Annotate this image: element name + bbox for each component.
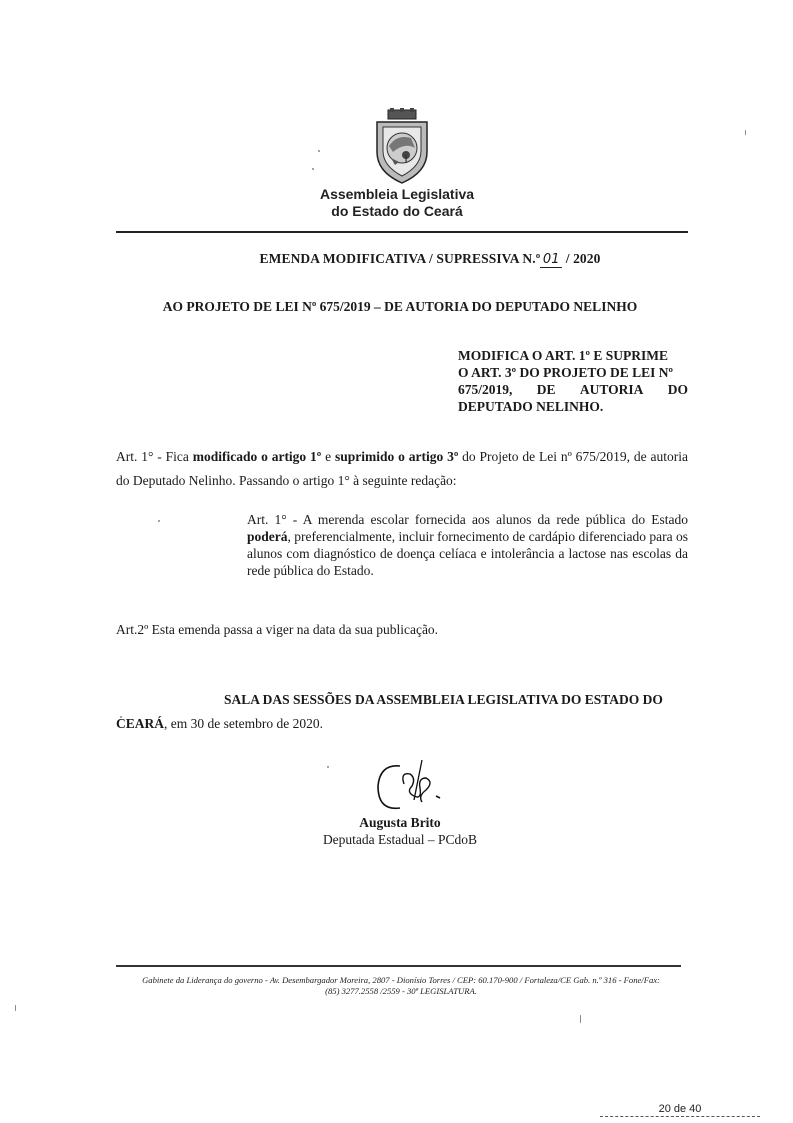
quoted-article-bold: poderá [247, 529, 288, 544]
article-1-mid: e [321, 449, 335, 464]
signer-block: Augusta Brito Deputada Estadual – PCdoB [290, 814, 510, 848]
institution-name: Assembleia Legislativa do Estado do Cear… [250, 186, 544, 220]
ementa-line-part: DE [537, 381, 556, 398]
scan-speck [312, 168, 314, 170]
amendment-title: EMENDA MODIFICATIVA / SUPRESSIVA N.º01 /… [180, 251, 680, 268]
institution-line-1: Assembleia Legislativa [250, 186, 544, 203]
quoted-article-lead: Art. 1° - A merenda escolar fornecida ao… [247, 512, 688, 527]
scan-speck [318, 150, 320, 152]
scan-speck [745, 130, 746, 135]
article-2-paragraph: Art.2º Esta emenda passa a viger na data… [116, 622, 688, 638]
scan-speck [120, 716, 122, 718]
footer-address: Gabinete da Liderança do governo - Av. D… [110, 975, 692, 997]
article-1-lead: Art. 1° - Fica [116, 449, 193, 464]
project-reference: AO PROJETO DE LEI Nº 675/2019 – DE AUTOR… [120, 299, 680, 315]
page-indicator: 20 de 40 [600, 1103, 760, 1117]
signer-name: Augusta Brito [290, 814, 510, 831]
ementa-block: MODIFICA O ART. 1º E SUPRIME O ART. 3º D… [458, 347, 688, 415]
header-divider [116, 231, 688, 233]
article-1-paragraph: Art. 1° - Fica modificado o artigo 1º e … [116, 445, 688, 493]
ementa-line: MODIFICA O ART. 1º E SUPRIME [458, 347, 688, 364]
footer-line-2: (85) 3277.2558 /2559 - 30ª LEGISLATURA. [110, 986, 692, 997]
amendment-number-handwritten: 01 [540, 252, 562, 268]
scan-speck [580, 1015, 581, 1023]
scan-speck [327, 766, 329, 768]
closing-statement: SALA DAS SESSÕES DA ASSEMBLEIA LEGISLATI… [116, 688, 688, 736]
ementa-line: O ART. 3º DO PROJETO DE LEI Nº [458, 364, 688, 381]
amendment-title-suffix: / 2020 [566, 251, 601, 266]
ementa-line: 675/2019,DEAUTORIADO [458, 381, 688, 398]
ementa-line-part: DO [668, 381, 688, 398]
signer-role: Deputada Estadual – PCdoB [290, 831, 510, 848]
footer-line-1: Gabinete da Liderança do governo - Av. D… [110, 975, 692, 986]
institution-line-2: do Estado do Ceará [250, 203, 544, 220]
scan-speck [15, 1005, 16, 1011]
scan-speck [158, 520, 160, 522]
quoted-article-tail: , preferencialmente, incluir forneciment… [247, 529, 688, 578]
ementa-line-part: 675/2019, [458, 381, 512, 398]
ceara-coat-of-arms-icon [371, 108, 433, 184]
ementa-line-part: AUTORIA [580, 381, 644, 398]
page-indicator-text: 20 de 40 [657, 1103, 704, 1115]
ementa-line: DEPUTADO NELINHO. [458, 398, 688, 415]
handwritten-signature-icon [370, 756, 460, 818]
closing-date: , em 30 de setembro de 2020. [164, 716, 323, 731]
quoted-article-1: Art. 1° - A merenda escolar fornecida ao… [247, 511, 688, 579]
footer-divider [116, 965, 681, 967]
article-1-bold-suppressed: suprimido o artigo 3º [335, 449, 458, 464]
amendment-title-prefix: EMENDA MODIFICATIVA / SUPRESSIVA N.º [260, 251, 541, 266]
article-1-bold-modified: modificado o artigo 1º [193, 449, 322, 464]
